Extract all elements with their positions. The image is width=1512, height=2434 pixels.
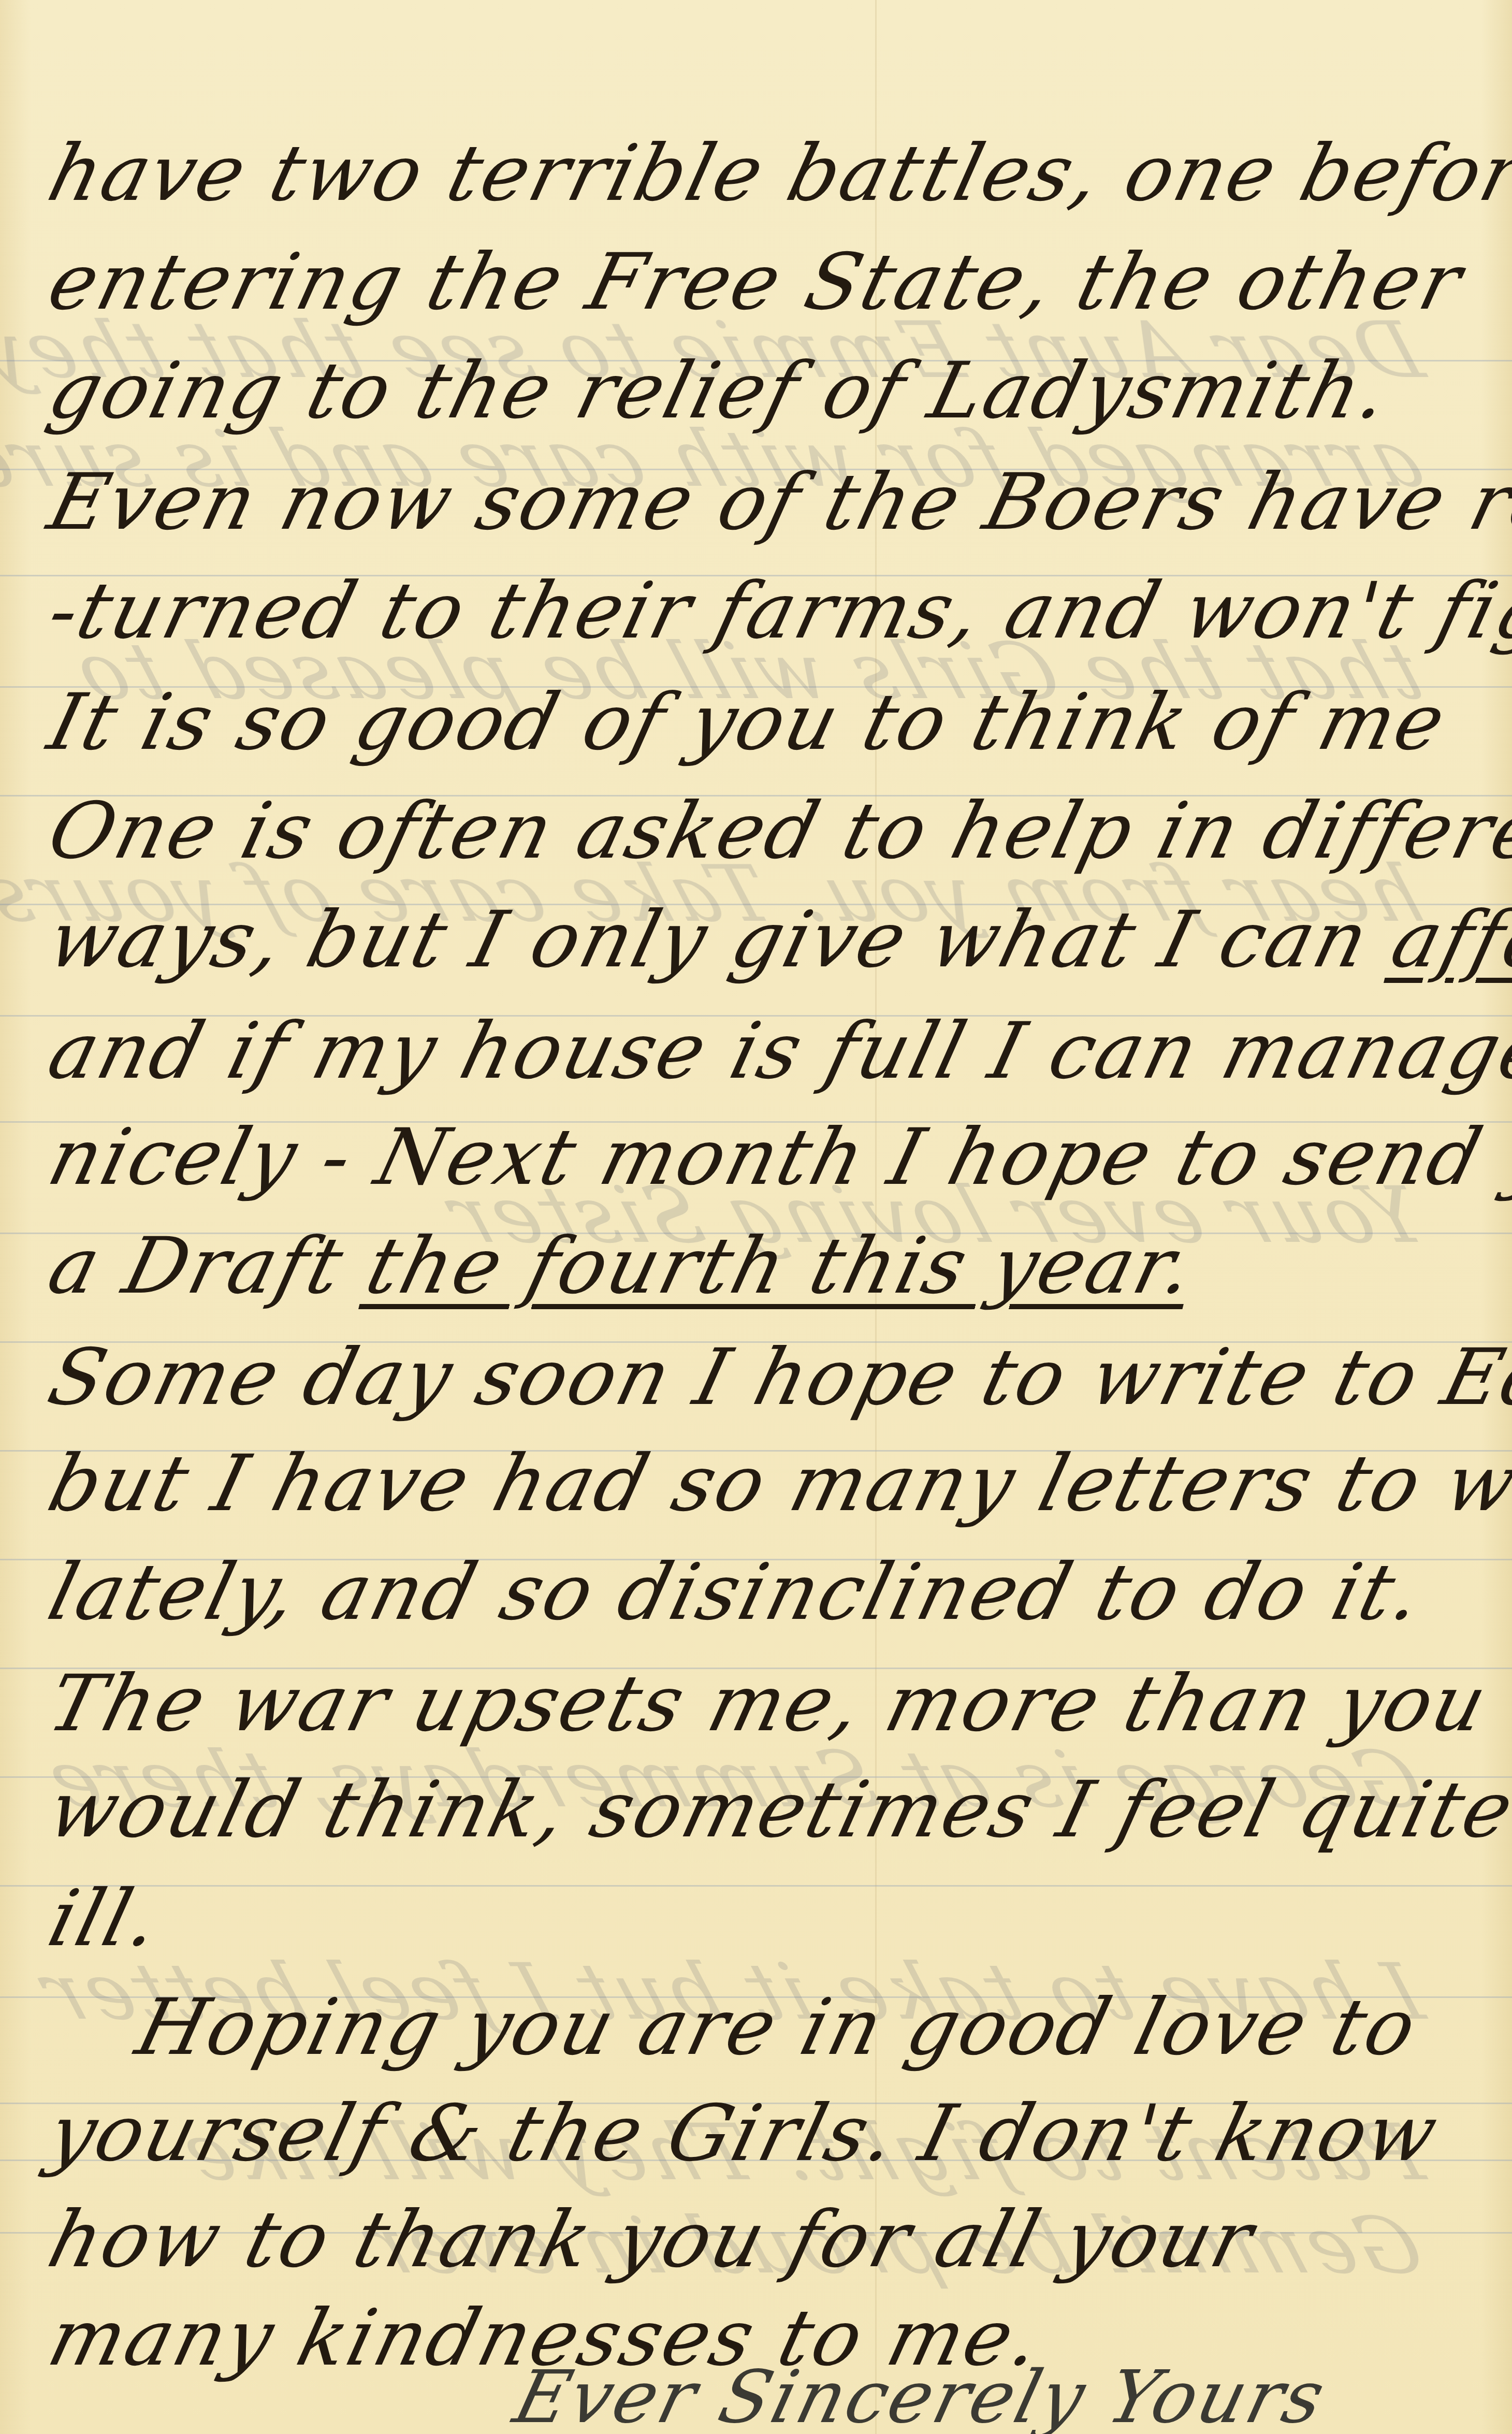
letter-line: entering the Free State, the other xyxy=(41,243,1471,321)
letter-line: -turned to their farms, and won't fight. xyxy=(41,572,1512,650)
letter-line-text: a Draft xyxy=(40,1221,354,1311)
letter-line: nicely - Next month I hope to send you xyxy=(41,1119,1512,1196)
letter-line: lately, and so disinclined to do it. xyxy=(41,1554,1431,1631)
letter-line: Even now some of the Boers have re- xyxy=(41,463,1512,541)
letter-line: One is often asked to help in different xyxy=(41,792,1512,870)
letter-line: ill. xyxy=(41,1880,168,1958)
underlined-phrase: the fourth this year. xyxy=(358,1221,1204,1311)
letter-line-text: ways, but I only give what I can xyxy=(40,895,1379,985)
letter-line: have two terrible battles, one before xyxy=(41,135,1512,212)
letter-line: but I have had so many letters to write xyxy=(41,1445,1512,1523)
letter-line: Hoping you are in good love to xyxy=(129,1989,1425,2066)
underlined-word: afford xyxy=(1383,895,1512,985)
letter-page: Dear Aunt Emmie to see that they are arr… xyxy=(0,0,1512,2434)
letter-line: how to thank you for all your xyxy=(41,2201,1262,2279)
letter-line: yourself & the Girls. I don't know xyxy=(41,2095,1446,2172)
letter-line: a Draft the fourth this year. xyxy=(41,1227,1203,1305)
letter-line: Some day soon I hope to write to Edith xyxy=(41,1339,1512,1416)
letter-line: ways, but I only give what I can afford xyxy=(41,901,1512,979)
closing-salutation: Ever Sincerely Yours xyxy=(507,2361,1333,2434)
letter-body: have two terrible battles, one before en… xyxy=(0,0,1512,2434)
letter-line: going to the relief of Ladysmith. xyxy=(41,352,1398,430)
letter-line: The war upsets me, more than you xyxy=(41,1665,1495,1743)
letter-line: and if my house is full I can manage xyxy=(41,1012,1512,1090)
letter-line: It is so good of you to think of me xyxy=(41,684,1454,761)
letter-line: would think, sometimes I feel quite xyxy=(41,1771,1512,1849)
